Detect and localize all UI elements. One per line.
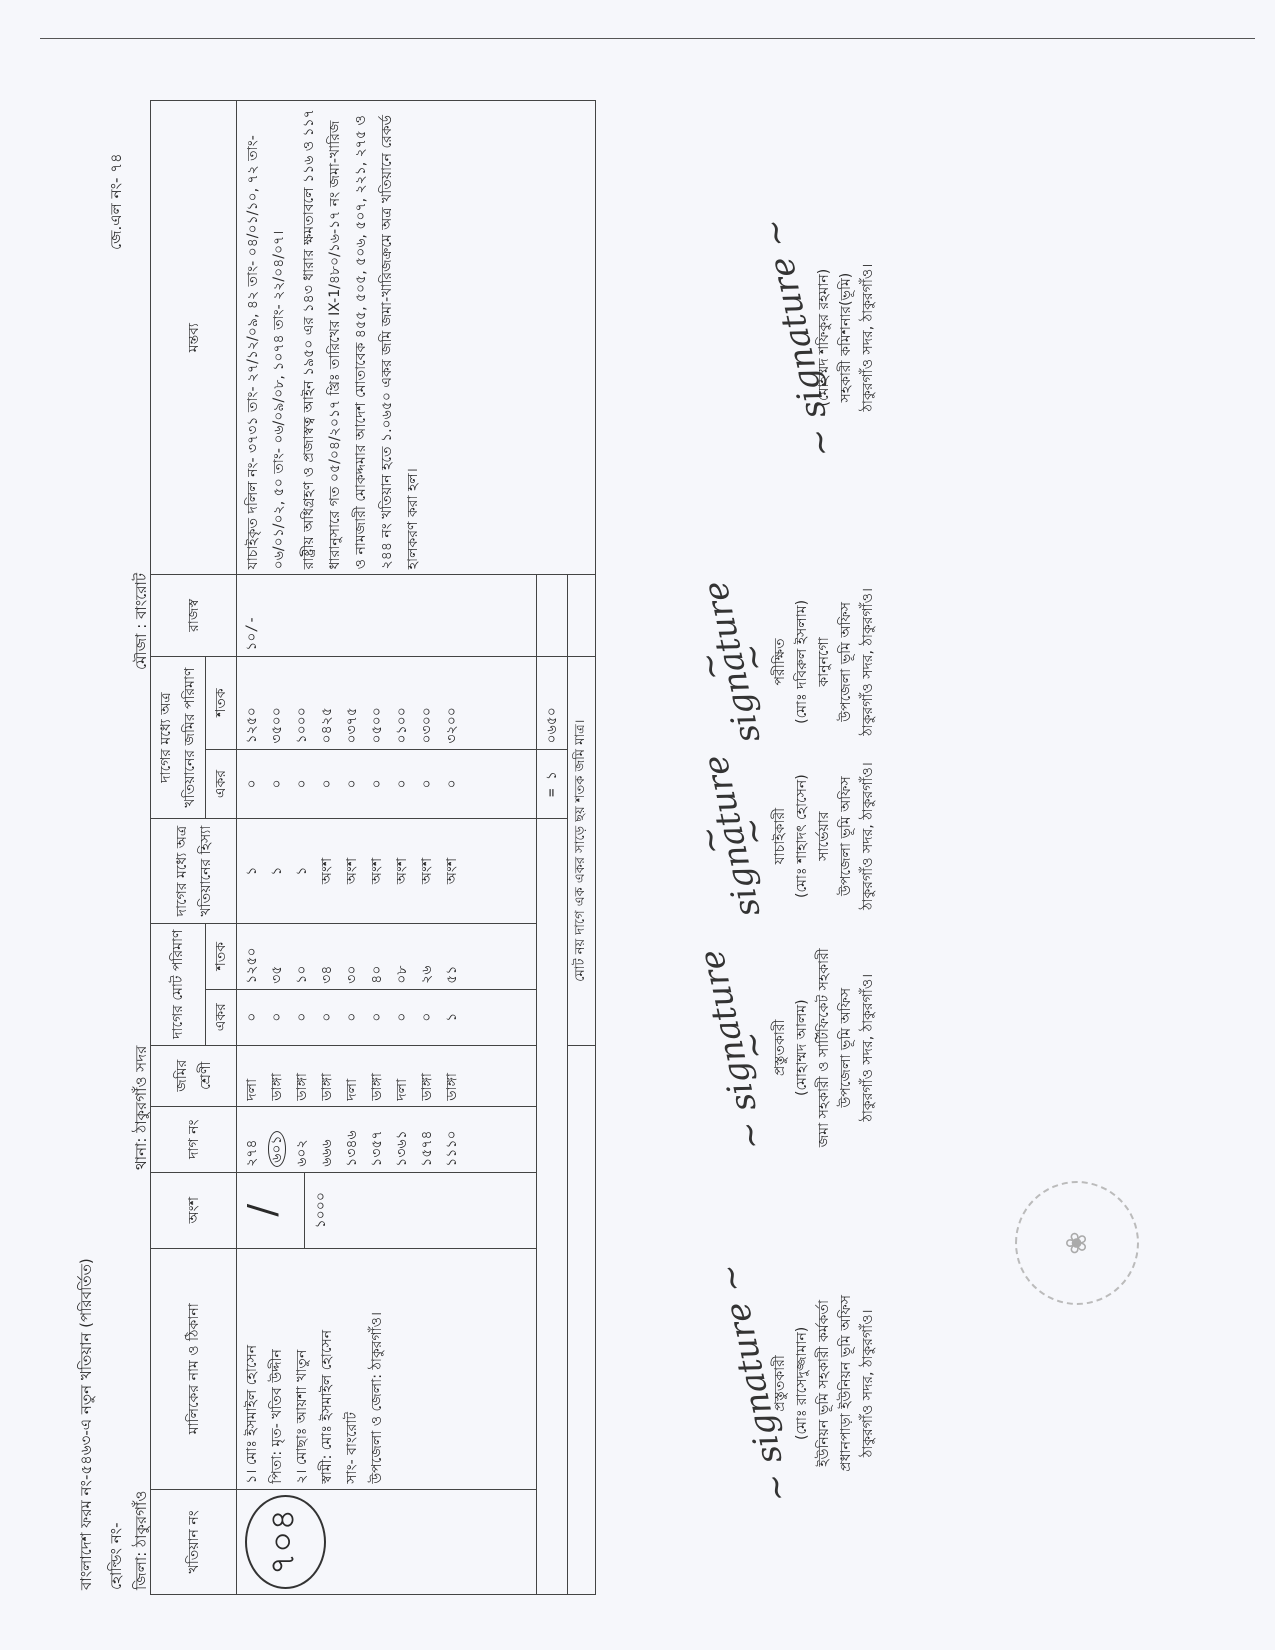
khatian-acre: ০ [340, 755, 365, 814]
share-total: ১০০০ [304, 1173, 333, 1248]
khatian-decimal: ৩২০০ [440, 662, 465, 744]
dag-total-acre-list: ০০০০০০০০১ [237, 989, 537, 1045]
dag-number: ১৫৭৪ [415, 1112, 440, 1167]
col-acre: একর [206, 989, 237, 1045]
land-class: ডাঙ্গা [415, 1051, 440, 1101]
dag-number: ৬৬৬ [315, 1112, 340, 1167]
dag-number: ৬০১ [265, 1112, 290, 1167]
dag-number: ৬০২ [290, 1112, 315, 1167]
khatian-decimal: ১২৫০ [240, 662, 265, 744]
col-decimal: শতক [206, 656, 237, 749]
col-land-class: জমির শ্রেণী [151, 1045, 237, 1106]
khatian-acre: ০ [365, 755, 390, 814]
dag-total-decimal-list: ১২৫০৩৫১০৩৪৩০৪০০৮২৬৫১ [237, 923, 537, 989]
scan-edge-line [40, 38, 1255, 39]
dag-total-acre: ০ [415, 995, 440, 1040]
land-class: দলা [390, 1051, 415, 1101]
khatian-acre: ০ [415, 755, 440, 814]
khatian-number: ৭০৪ [245, 1495, 326, 1589]
dag-share: অংশ [315, 824, 340, 917]
khatian-acre: ০ [440, 755, 465, 814]
khatian-decimal: ০৫০০ [365, 662, 390, 744]
remark-paragraph: যাচাইকৃত দলিল নং- ৩৭৩১ তাং- ২৭/১২/০৯, ৪২… [240, 106, 292, 569]
dag-total-decimal: ৩৫ [265, 929, 290, 984]
dag-share: ১ [240, 824, 265, 917]
col-acre: একর [206, 749, 237, 819]
dag-total-acre: ০ [265, 995, 290, 1040]
khatian-decimal: ১০০০ [290, 662, 315, 744]
land-class: ডাঙ্গা [365, 1051, 390, 1101]
dag-share: অংশ [440, 824, 465, 917]
dag-total-decimal: ২৬ [415, 929, 440, 984]
owner-line: পিতা: মৃত- খতিব উদ্দীন [265, 1254, 290, 1484]
land-class: ডাঙ্গা [290, 1051, 315, 1101]
col-revenue: রাজস্ব [151, 575, 237, 656]
holding-no: হোল্ডিং নং- [105, 1522, 130, 1590]
col-dag-total: দাগের মোট পরিমাণ [151, 923, 206, 1045]
land-class: ডাঙ্গা [265, 1051, 290, 1101]
khatian-acre-list: ০০০০০০০০০ [237, 749, 537, 819]
dag-share: ১ [290, 824, 315, 917]
land-class: দলা [340, 1051, 365, 1101]
khatian-decimal: ০৪২৫ [315, 662, 340, 744]
dag-total-decimal: ৫১ [440, 929, 465, 984]
remark-paragraph: রাষ্ট্রীয় অধিগ্রহণ ও প্রজাস্বত্ব আইন ১৯… [296, 106, 426, 569]
col-remarks: মন্তব্য [151, 101, 237, 575]
jl-no: জে.এল নং- ৭৪ [105, 153, 130, 250]
khatian-decimal: ০১০০ [390, 662, 415, 744]
owner-list: ১। মোঃ ইসমাইল হোসেনপিতা: মৃত- খতিব উদ্দী… [237, 1248, 537, 1489]
form-title: বাংলাদেশ ফরম নং-৫৪৬৩-এ নতুন খতিয়ান (পরি… [75, 1258, 100, 1590]
dag-share: অংশ [390, 824, 415, 917]
signature-block: ~ signature ~প্রস্তুতকারী(মোহাম্মদ আলম)জ… [596, 923, 894, 1172]
dag-number: ১৩৫৭ [365, 1112, 390, 1167]
col-dag-no: দাগ নং [151, 1106, 237, 1172]
khatian-acre: ০ [240, 755, 265, 814]
dag-share: অংশ [415, 824, 440, 917]
dag-total-decimal: ১০ [290, 929, 315, 984]
khatian-decimal: ৩৫০০ [265, 662, 290, 744]
dag-share-list: ১১১অংশঅংশঅংশঅংশঅংশঅংশ [237, 819, 537, 923]
khatian-decimal: ০৩০০ [415, 662, 440, 744]
khatian-acre: ০ [315, 755, 340, 814]
dag-list: ২৭৪৬০১৬০২৬৬৬১৩৪৬১৩৫৭১৩৬১১৫৭৪১১১০ [237, 1106, 537, 1172]
khatian-decimal: ০৩৭৫ [340, 662, 365, 744]
dag-total-acre: ০ [290, 995, 315, 1040]
signature-block: ~ signature ~যাচাইকারী(মোঃ শাহাদৎ হোসেন)… [596, 749, 894, 923]
dag-number: ১৩৬১ [390, 1112, 415, 1167]
land-class: দলা [240, 1051, 265, 1101]
office-seal: ❀ [1015, 1181, 1139, 1305]
col-owner: মালিকের নাম ও ঠিকানা [151, 1248, 237, 1489]
total-acre: ১ [544, 771, 560, 780]
khatian-table: খতিয়ান নং মালিকের নাম ও ঠিকানা অংশ দাগ … [150, 100, 893, 1595]
col-dag-share: দাগের মধ্যে অত্র খতিয়ানের হিস্যা [151, 819, 237, 923]
dag-number: ২৭৪ [240, 1112, 265, 1167]
owner-line: উপজেলা ও জেলা: ঠাকুরগাঁও। [365, 1254, 390, 1484]
dag-share: অংশ [365, 824, 390, 917]
header-row: খতিয়ান নং মালিকের নাম ও ঠিকানা অংশ দাগ … [151, 101, 206, 1595]
revenue-value: ১০/- [237, 575, 537, 656]
col-share: অংশ [151, 1172, 237, 1248]
col-decimal: শতক [206, 923, 237, 989]
dag-total-decimal: ১২৫০ [240, 929, 265, 984]
land-class-list: দলাডাঙ্গাডাঙ্গাডাঙ্গাদলাডাঙ্গাদলাডাঙ্গাড… [237, 1045, 537, 1106]
land-class: ডাঙ্গা [440, 1051, 465, 1101]
share-mark: / [240, 1178, 284, 1243]
khatian-acre: ০ [290, 755, 315, 814]
land-class: ডাঙ্গা [315, 1051, 340, 1101]
dag-number: ১১১০ [440, 1112, 465, 1167]
remarks-text: যাচাইকৃত দলিল নং- ৩৭৩১ তাং- ২৭/১২/০৯, ৪২… [237, 101, 596, 575]
footnote: মোট নয় দাগে এক একর সাড়ে ছয় শতক জমি মা… [568, 656, 596, 1045]
dag-total-decimal: ৪০ [365, 929, 390, 984]
col-khatian-land: দাগের মধ্যে অত্র খতিয়ানের জমির পরিমাণ [151, 656, 206, 819]
dag-share: অংশ [340, 824, 365, 917]
khatian-acre: ০ [265, 755, 290, 814]
dag-share: ১ [265, 824, 290, 917]
col-khatian-no: খতিয়ান নং [151, 1489, 237, 1594]
signature-block: ~ signature ~(মোহম্মদ শফিকুর রহমান)সহকার… [596, 101, 894, 575]
owner-line: সাং- বাংরোট [340, 1254, 365, 1484]
owner-line: ২। মোছাঃ আয়শা খাতুন [290, 1254, 315, 1484]
signature-block: ~ signature ~পরীক্ষিত(মোঃ দবিরুল ইসলাম)ক… [596, 575, 894, 749]
dag-total-acre: ০ [365, 995, 390, 1040]
khatian-sheet: বাংলাদেশ ফরম নং-৫৪৬৩-এ নতুন খতিয়ান (পরি… [0, 50, 1275, 1650]
dag-total-decimal: ০৮ [390, 929, 415, 984]
dag-total-acre: ০ [340, 995, 365, 1040]
signature-row: ~ signature ~প্রস্তুতকারী(মোঃ রাসেদুজ্জা… [596, 101, 894, 1595]
dag-total-acre: ০ [240, 995, 265, 1040]
total-decimal: ০৬৫০ [537, 656, 568, 749]
khatian-acre: ০ [390, 755, 415, 814]
dag-total-acre: ১ [440, 995, 465, 1040]
signature-block: ~ signature ~প্রস্তুতকারী(মোঃ রাসেদুজ্জা… [596, 1172, 894, 1594]
owner-line: স্বামী: মোঃ ইসমাইল হোসেন [315, 1254, 340, 1484]
owner-line: ১। মোঃ ইসমাইল হোসেন [240, 1254, 265, 1484]
dag-total-acre: ০ [390, 995, 415, 1040]
dag-number: ১৩৪৬ [340, 1112, 365, 1167]
dag-total-acre: ০ [315, 995, 340, 1040]
dag-total-decimal: ৩৪ [315, 929, 340, 984]
khatian-decimal-list: ১২৫০৩৫০০১০০০০৪২৫০৩৭৫০৫০০০১০০০৩০০৩২০০ [237, 656, 537, 749]
record-row: ৭০৪ ১। মোঃ ইসমাইল হোসেনপিতা: মৃত- খতিব উ… [237, 101, 537, 1595]
dag-total-decimal: ৩০ [340, 929, 365, 984]
